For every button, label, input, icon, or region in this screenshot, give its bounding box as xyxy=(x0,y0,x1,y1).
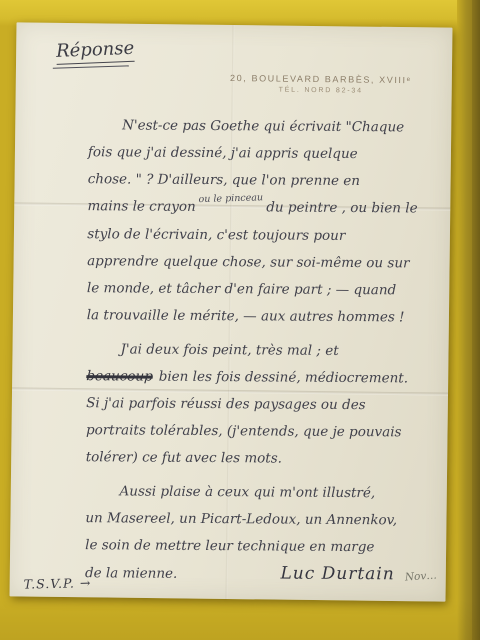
pencil-note: Nov… xyxy=(404,563,438,592)
letter-line: tolérer) ce fut avec les mots. xyxy=(86,444,438,473)
letter-line: la trouvaille le mérite, — aux autres ho… xyxy=(87,302,439,331)
letter-line: Aussi plaise à ceux qui m'ont illustré, xyxy=(85,478,437,507)
photo-background: Réponse 20, Boulevard Barbès, XVIIIᵉ Tél… xyxy=(0,0,480,640)
letter-line: fois que j'ai dessiné, j'ai appris quelq… xyxy=(88,139,440,168)
letter-line-with-insertion: mains le crayonou le pinceaudu peintre ,… xyxy=(87,193,439,223)
letter-line: Si j'ai parfois réussi des paysages ou d… xyxy=(86,390,438,419)
closing-text: de la mienne. xyxy=(85,560,178,588)
letter-line-with-strike: beaucoupbien les fois dessiné, médiocrem… xyxy=(86,363,438,392)
letterhead-address: 20, Boulevard Barbès, XVIIIᵉ xyxy=(206,73,436,86)
struck-word: beaucoup xyxy=(85,363,153,390)
letter-line: N'est-ce pas Goethe qui écrivait "Chaque xyxy=(88,112,440,141)
signature-group: Luc Durtain Nov… xyxy=(280,561,437,591)
signature: Luc Durtain xyxy=(280,564,394,585)
letter-line: un Masereel, un Picart-Ledoux, un Annenk… xyxy=(85,505,437,534)
folder-bottom-shade xyxy=(0,600,480,640)
letter-line: chose. " ? D'ailleurs, que l'on prenne e… xyxy=(88,166,440,195)
letter-body: N'est-ce pas Goethe qui écrivait "Chaque… xyxy=(85,112,440,590)
folder-right-edge xyxy=(472,0,480,640)
letter-line: J'ai deux fois peint, très mal ; et xyxy=(86,336,438,365)
letter-sheet: Réponse 20, Boulevard Barbès, XVIIIᵉ Tél… xyxy=(10,22,453,601)
letterhead-phone: Tél. Nord 82-34 xyxy=(206,86,436,96)
letter-line: le soin de mettre leur technique en marg… xyxy=(85,532,437,561)
letter-line: le monde, et tâcher d'en faire part ; — … xyxy=(87,275,439,304)
letter-line: apprendre quelque chose, sur soi-même ou… xyxy=(87,248,439,277)
letter-line: stylo de l'écrivain, c'est toujours pour xyxy=(87,221,439,250)
letter-line-post: du peintre , ou bien le xyxy=(266,199,417,216)
closing-row: de la mienne. Luc Durtain Nov… xyxy=(85,559,437,590)
insertion-note: ou le pinceau xyxy=(198,184,263,213)
letter-line-pre: mains le crayon xyxy=(87,198,195,215)
letter-line: portraits tolérables, (j'entends, que je… xyxy=(86,417,438,446)
letter-line-rest: bien les fois dessiné, médiocrement. xyxy=(159,369,408,387)
tsvp-note: T.S.V.P. → xyxy=(24,575,92,592)
reponse-note: Réponse xyxy=(56,38,135,65)
letterhead: 20, Boulevard Barbès, XVIIIᵉ Tél. Nord 8… xyxy=(206,73,436,96)
folder-right-strip xyxy=(457,0,472,640)
